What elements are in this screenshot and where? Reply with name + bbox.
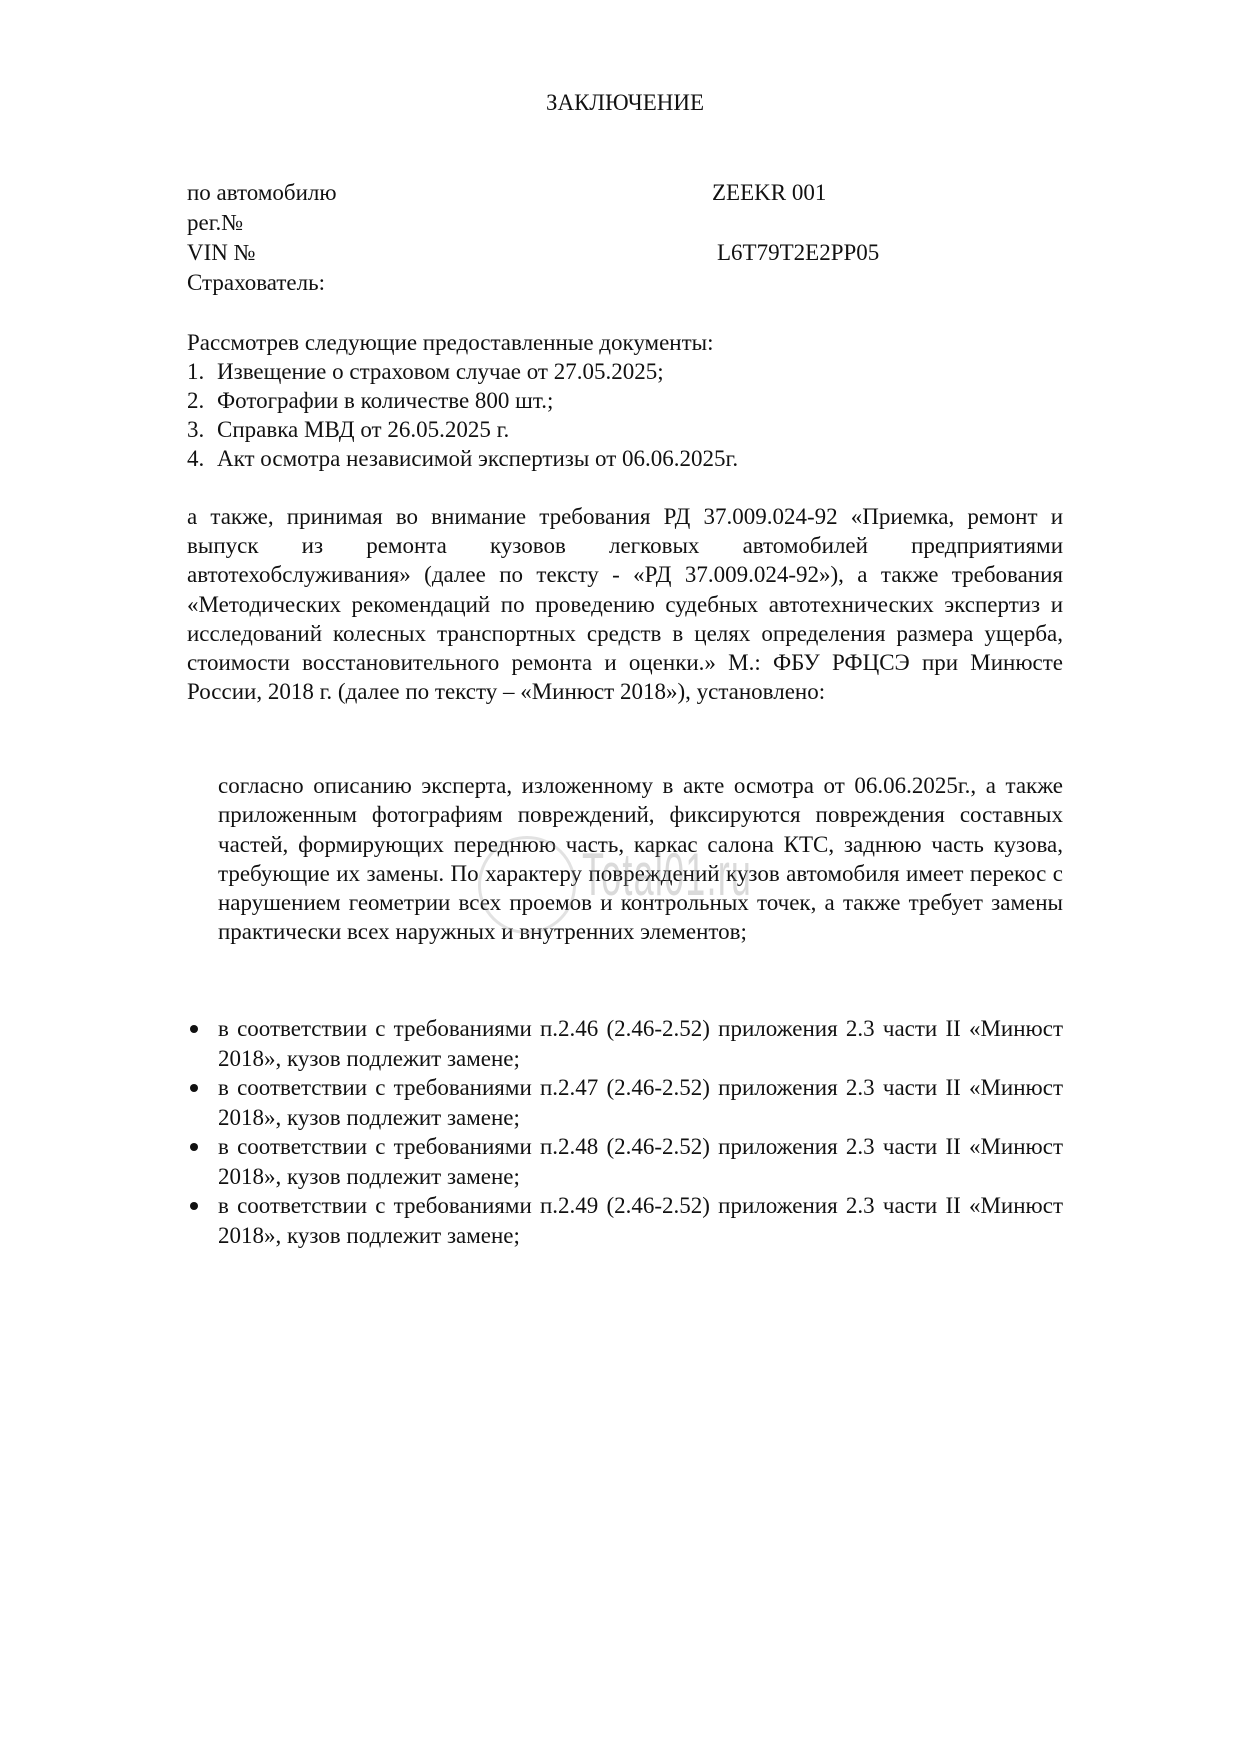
list-item: в соответствии с требованиями п.2.47 (2.… [187, 1073, 1063, 1132]
documents-list: 1.Извещение о страховом случае от 27.05.… [187, 357, 1067, 473]
bullet-icon [190, 1084, 198, 1092]
list-item: 4.Акт осмотра независимой экспертизы от … [187, 444, 1067, 473]
header-label: по автомобилю [187, 178, 337, 208]
list-item: 1.Извещение о страховом случае от 27.05.… [187, 357, 1067, 386]
vehicle-header: по автомобилю ZEEKR 001 рег.№ VIN № L6T7… [187, 178, 1067, 298]
header-label: Страхователь: [187, 268, 325, 298]
document-page: ЗАКЛЮЧЕНИЕ по автомобилю ZEEKR 001 рег.№… [0, 0, 1240, 1755]
bullet-icon [190, 1143, 198, 1151]
list-item: в соответствии с требованиями п.2.49 (2.… [187, 1191, 1063, 1250]
vehicle-model: ZEEKR 001 [712, 178, 826, 208]
list-item: 2.Фотографии в количестве 800 шт.; [187, 386, 1067, 415]
list-item: в соответствии с требованиями п.2.48 (2.… [187, 1132, 1063, 1191]
list-item: в соответствии с требованиями п.2.46 (2.… [187, 1014, 1063, 1073]
conclusions-section: в соответствии с требованиями п.2.46 (2.… [187, 1014, 1063, 1250]
bullet-icon [190, 1202, 198, 1210]
findings-paragraph: согласно описанию эксперта, изложенному … [218, 771, 1063, 947]
vin-number: L6T79T2E2PP05 [717, 238, 879, 268]
document-title: ЗАКЛЮЧЕНИЕ [0, 88, 1240, 117]
header-row-insured: Страхователь: [187, 268, 1067, 298]
requirements-paragraph: а также, принимая во внимание требования… [187, 502, 1063, 706]
header-label: рег.№ [187, 208, 243, 238]
header-row-reg: рег.№ [187, 208, 1067, 238]
conclusions-list: в соответствии с требованиями п.2.46 (2.… [187, 1014, 1063, 1250]
header-label: VIN № [187, 238, 256, 268]
documents-intro: Рассмотрев следующие предоставленные док… [187, 328, 1067, 357]
header-row-vin: VIN № L6T79T2E2PP05 [187, 238, 1067, 268]
documents-section: Рассмотрев следующие предоставленные док… [187, 328, 1067, 473]
header-row-vehicle: по автомобилю ZEEKR 001 [187, 178, 1067, 208]
bullet-icon [190, 1025, 198, 1033]
list-item: 3.Справка МВД от 26.05.2025 г. [187, 415, 1067, 444]
